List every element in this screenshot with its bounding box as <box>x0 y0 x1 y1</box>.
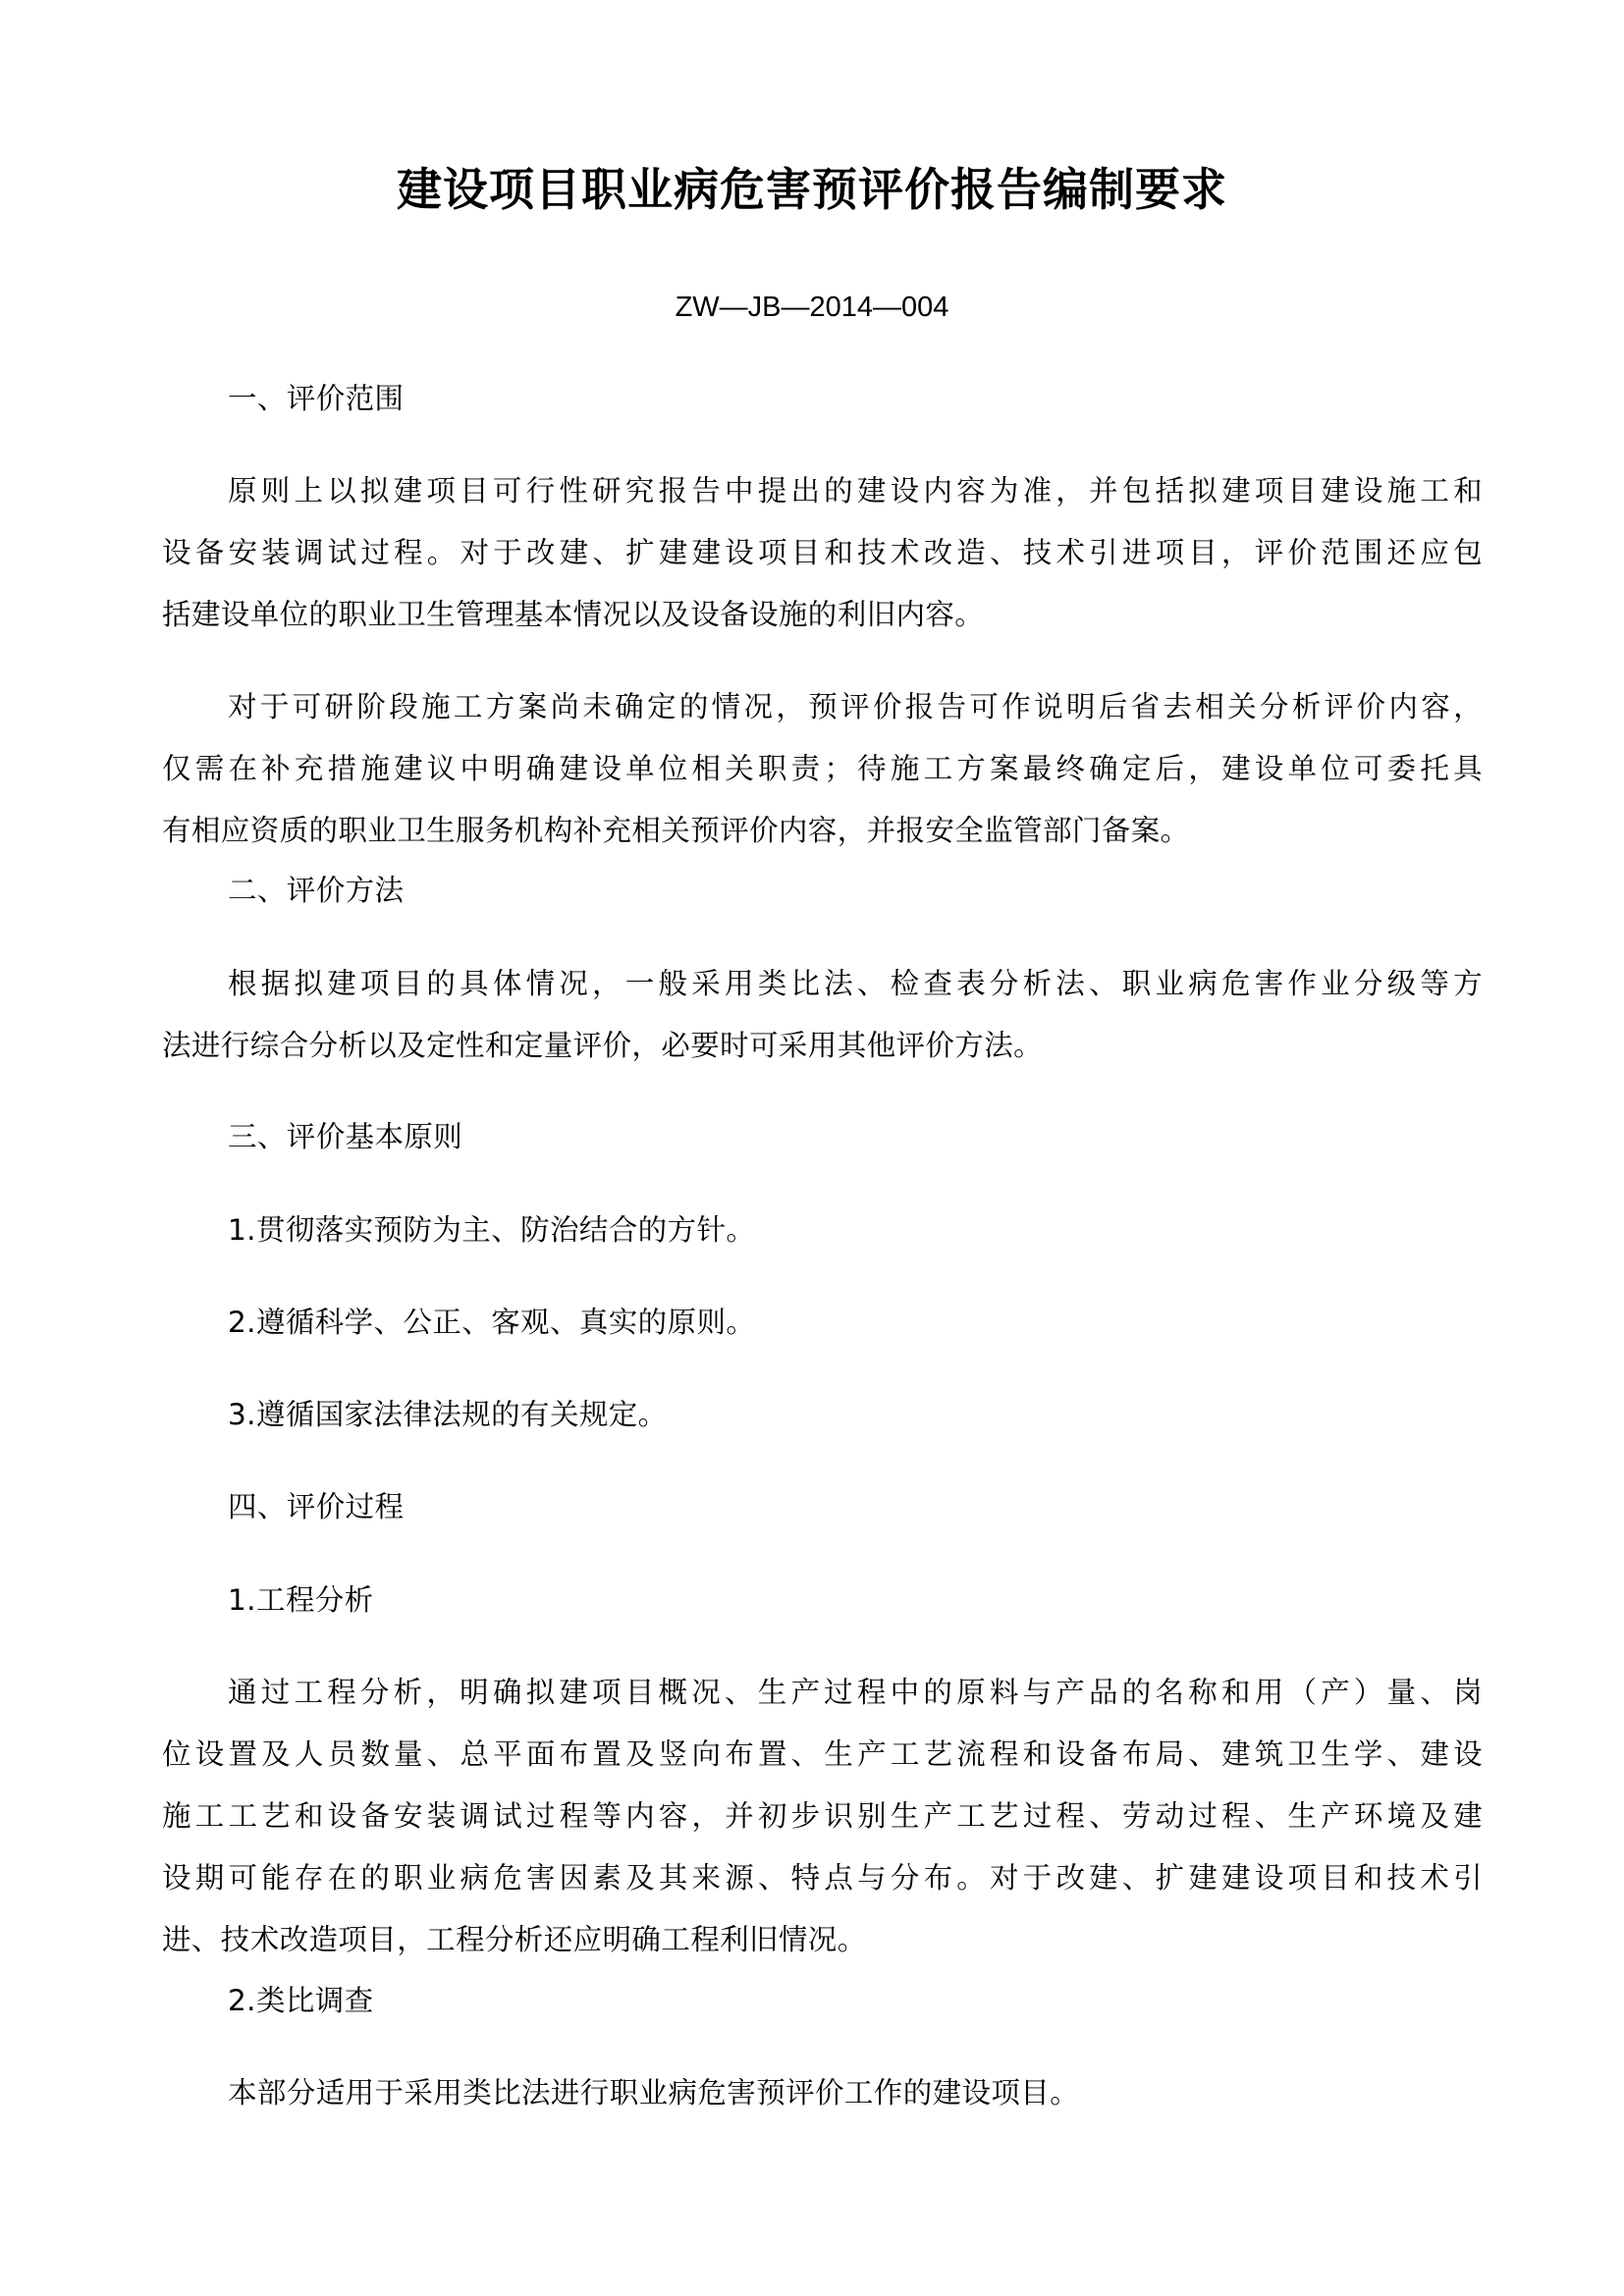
principle-item: 3.遵循国家法律法规的有关规定。 <box>228 1395 668 1434</box>
paragraph-line: 原则上以拟建项目可行性研究报告中提出的建设内容为准，并包括拟建项目建设施工和 <box>228 471 1483 510</box>
paragraph-line: 进、技术改造项目，工程分析还应明确工程利旧情况。 <box>162 1920 867 1959</box>
paragraph-line: 设备安装调试过程。对于改建、扩建建设项目和技术改造、技术引进项目，评价范围还应包 <box>162 533 1483 572</box>
document-code: ZW—JB—2014—004 <box>0 290 1624 325</box>
section-heading-basic-principles: 三、评价基本原则 <box>228 1117 462 1156</box>
document-page: 建设项目职业病危害预评价报告编制要求 ZW—JB—2014—004 一、评价范围… <box>0 0 1624 2296</box>
paragraph-line: 对于可研阶段施工方案尚未确定的情况，预评价报告可作说明后省去相关分析评价内容， <box>228 687 1483 726</box>
principle-item: 2.遵循科学、公正、客观、真实的原则。 <box>228 1303 755 1342</box>
paragraph-line: 位设置及人员数量、总平面布置及竖向布置、生产工艺流程和设备布局、建筑卫生学、建设 <box>162 1735 1483 1774</box>
section-heading-evaluation-method: 二、评价方法 <box>228 871 404 910</box>
document-title: 建设项目职业病危害预评价报告编制要求 <box>0 160 1624 219</box>
subsection-heading-analogy-survey: 2.类比调查 <box>228 1981 374 2020</box>
paragraph-line: 仅需在补充措施建议中明确建设单位相关职责；待施工方案最终确定后，建设单位可委托具 <box>162 749 1483 788</box>
principle-item: 1.贯彻落实预防为主、防治结合的方针。 <box>228 1210 755 1250</box>
paragraph-line: 有相应资质的职业卫生服务机构补充相关预评价内容，并报安全监管部门备案。 <box>162 811 1190 850</box>
paragraph-line: 括建设单位的职业卫生管理基本情况以及设备设施的利旧内容。 <box>162 595 984 634</box>
paragraph-line: 法进行综合分析以及定性和定量评价，必要时可采用其他评价方法。 <box>162 1026 1043 1065</box>
paragraph-line: 施工工艺和设备安装调试过程等内容，并初步识别生产工艺过程、劳动过程、生产环境及建 <box>162 1796 1483 1836</box>
paragraph-line: 根据拟建项目的具体情况，一般采用类比法、检查表分析法、职业病危害作业分级等方 <box>228 964 1483 1003</box>
section-heading-evaluation-process: 四、评价过程 <box>228 1487 404 1526</box>
paragraph-line: 通过工程分析，明确拟建项目概况、生产过程中的原料与产品的名称和用（产）量、岗 <box>228 1673 1483 1712</box>
paragraph-line: 设期可能存在的职业病危害因素及其来源、特点与分布。对于改建、扩建建设项目和技术引 <box>162 1858 1483 1897</box>
subsection-heading-engineering-analysis: 1.工程分析 <box>228 1580 374 1620</box>
paragraph-line: 本部分适用于采用类比法进行职业病危害预评价工作的建设项目。 <box>228 2073 1079 2112</box>
section-heading-evaluation-scope: 一、评价范围 <box>228 379 404 418</box>
